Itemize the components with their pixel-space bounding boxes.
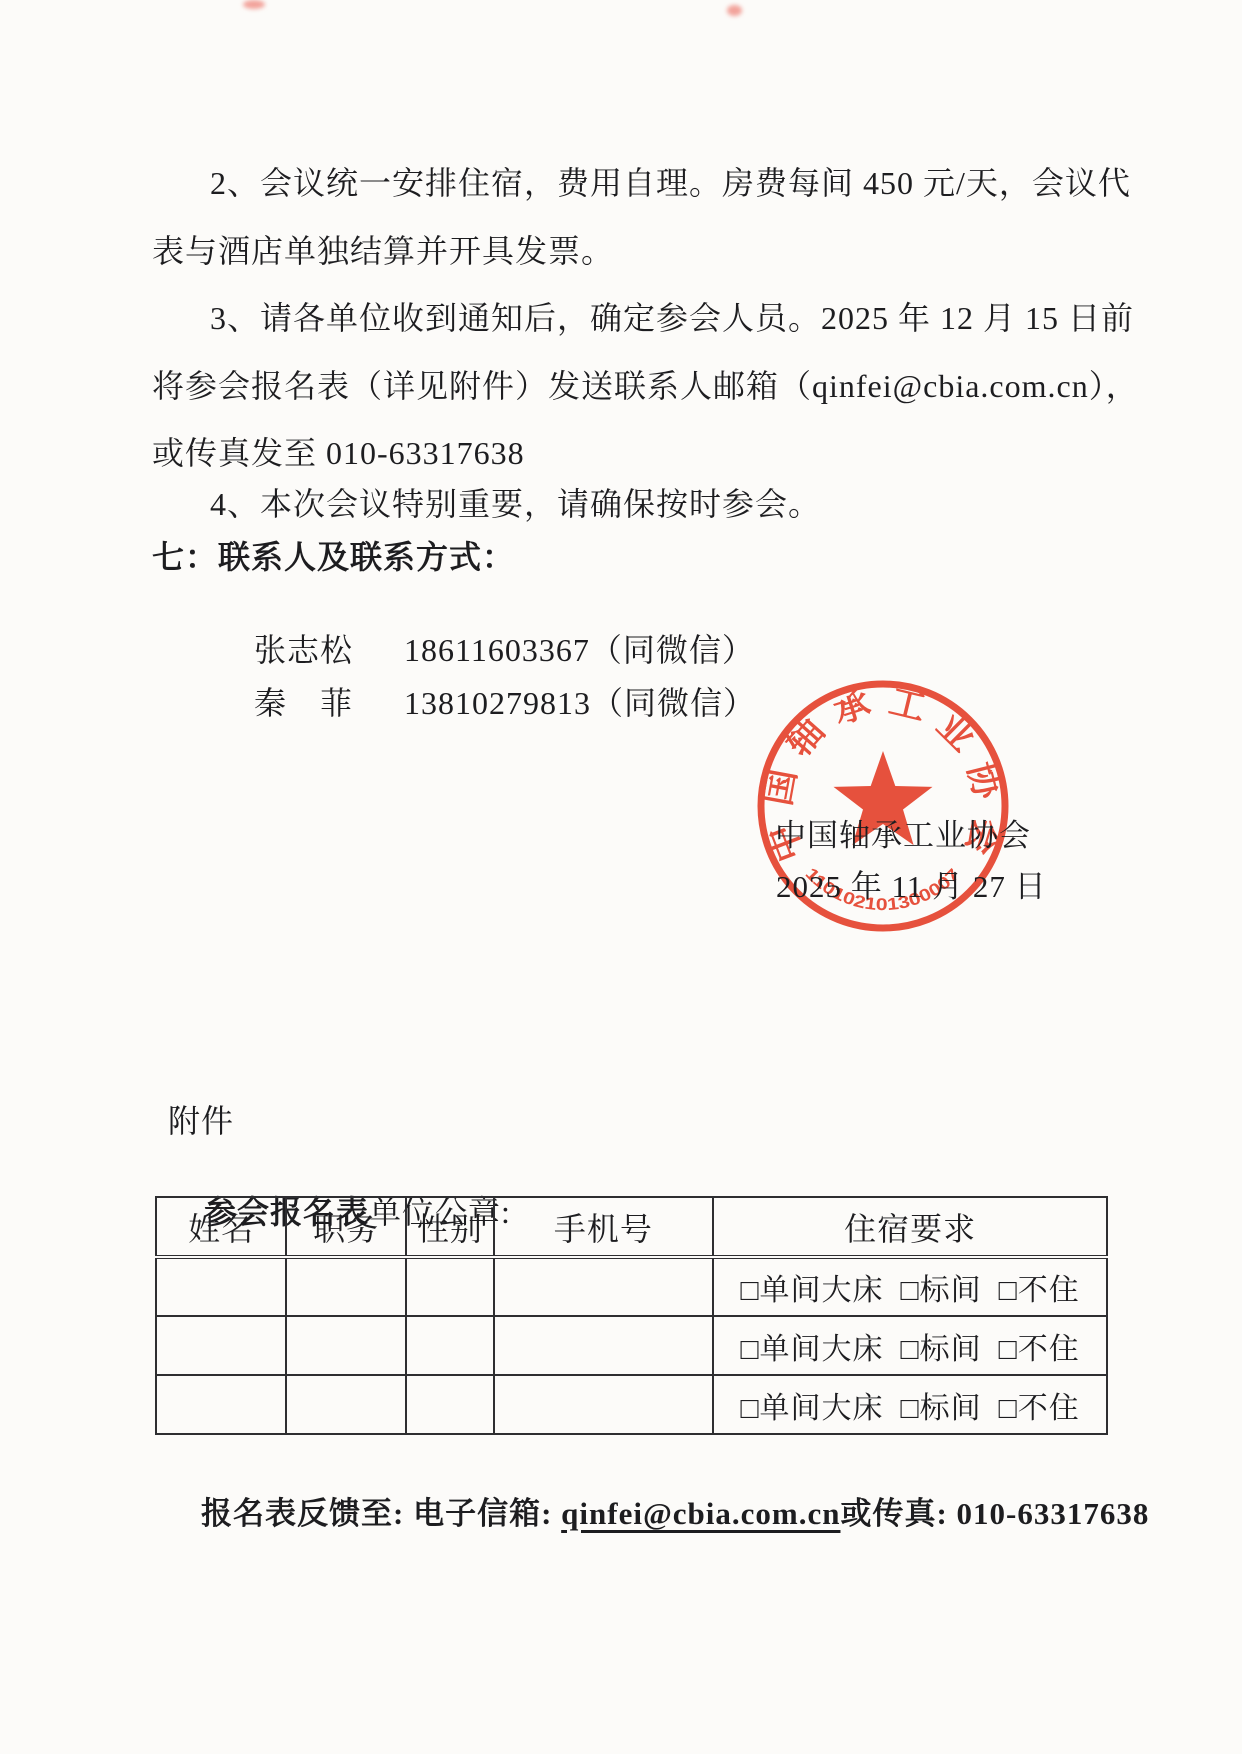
- feedback-fax: 或传真: 010-63317638: [840, 1496, 1149, 1531]
- scan-artifact: [727, 5, 742, 16]
- registration-table: 姓名 职务 性别 手机号 住宿要求 □单间大床 □标间 □不住 □单间大床 □标…: [155, 1196, 1108, 1435]
- paragraph-4: 4、本次会议特别重要，请确保按时参会。: [210, 479, 821, 525]
- empty-cell: [494, 1375, 714, 1434]
- header-gender: 性别: [406, 1197, 493, 1257]
- form-feedback-note: 报名表反馈至: 电子信箱: qinfei@cbia.com.cn或传真: 010…: [166, 1452, 1149, 1569]
- empty-cell: [406, 1257, 493, 1316]
- header-title: 职务: [286, 1197, 406, 1257]
- contact-row-2: 秦 菲13810279813（同微信）: [218, 641, 756, 761]
- attachment-label: 附件: [168, 1096, 234, 1142]
- table-row: □单间大床 □标间 □不住: [156, 1257, 1107, 1316]
- signature-organization: 中国轴承工业协会: [775, 810, 1031, 855]
- table-header-row: 姓名 职务 性别 手机号 住宿要求: [156, 1197, 1107, 1257]
- empty-cell: [156, 1257, 286, 1316]
- empty-cell: [494, 1257, 714, 1316]
- accommodation-options: □单间大床 □标间 □不住: [713, 1257, 1107, 1316]
- paragraph-3-line-2: 将参会报名表（详见附件）发送联系人邮箱（qinfei@cbia.com.cn），: [152, 361, 1139, 407]
- empty-cell: [406, 1316, 493, 1375]
- empty-cell: [286, 1375, 406, 1434]
- header-phone: 手机号: [494, 1197, 714, 1257]
- contact-2-name: 秦 菲: [254, 678, 404, 724]
- paragraph-2-line-2: 表与酒店单独结算并开具发票。: [152, 226, 614, 272]
- contact-section-heading: 七：联系人及联系方式：: [152, 532, 515, 578]
- paragraph-3-line-1: 3、请各单位收到通知后，确定参会人员。2025 年 12 月 15 日前: [210, 293, 1134, 339]
- table-row: □单间大床 □标间 □不住: [156, 1375, 1107, 1434]
- paragraph-2-line-1: 2、会议统一安排住宿，费用自理。房费每间 450 元/天，会议代: [210, 158, 1131, 204]
- empty-cell: [156, 1316, 286, 1375]
- document-page: 2、会议统一安排住宿，费用自理。房费每间 450 元/天，会议代 表与酒店单独结…: [0, 0, 1242, 1754]
- feedback-prefix: 报名表反馈至: 电子信箱:: [201, 1496, 561, 1531]
- empty-cell: [494, 1316, 714, 1375]
- contact-2-phone: 13810279813（同微信）: [404, 685, 756, 721]
- signature-date: 2025 年 11 月 27 日: [776, 861, 1047, 906]
- empty-cell: [286, 1316, 406, 1375]
- empty-cell: [156, 1375, 286, 1434]
- accommodation-options: □单间大床 □标间 □不住: [713, 1316, 1107, 1375]
- header-accommodation: 住宿要求: [713, 1197, 1107, 1257]
- accommodation-options: □单间大床 □标间 □不住: [713, 1375, 1107, 1434]
- empty-cell: [286, 1257, 406, 1316]
- empty-cell: [406, 1375, 493, 1434]
- feedback-email: qinfei@cbia.com.cn: [561, 1496, 840, 1531]
- scan-artifact: [243, 0, 265, 9]
- paragraph-3-line-3: 或传真发至 010-63317638: [152, 428, 525, 474]
- table-row: □单间大床 □标间 □不住: [156, 1316, 1107, 1375]
- header-name: 姓名: [156, 1197, 286, 1257]
